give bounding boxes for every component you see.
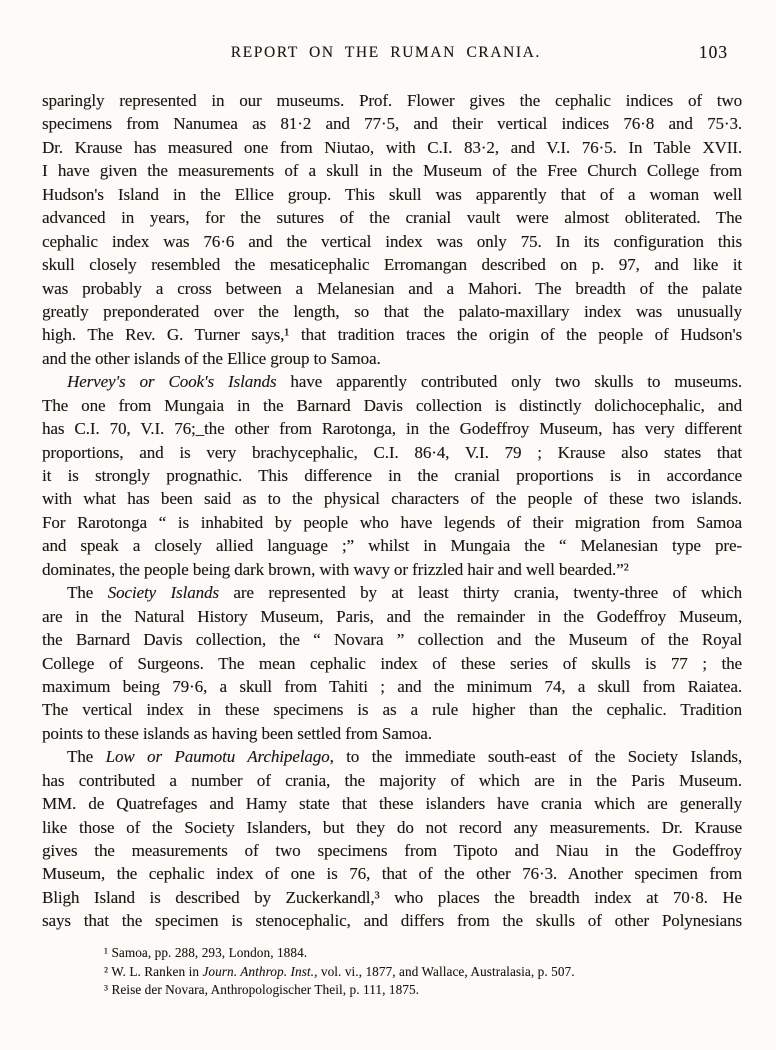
text-run: For Rarotonga “ is inhabited by people w… [42, 513, 742, 532]
text-run: was probably a cross between a Melanesia… [42, 279, 742, 298]
text-run: sparingly represented in our museums. Pr… [42, 91, 742, 110]
text-line: The one from Mungaia in the Barnard Davi… [42, 394, 742, 417]
text-line: it is strongly prognathic. This differen… [42, 464, 742, 487]
text-line: I have given the measurements of a skull… [42, 159, 742, 182]
text-run: ¹ Samoa, pp. 288, 293, London, 1884. [104, 945, 307, 960]
text-run: MM. de Quatrefages and Hamy state that t… [42, 794, 742, 813]
text-line: College of Surgeons. The mean cephalic i… [42, 652, 742, 675]
text-run: with what has been said as to the physic… [42, 489, 742, 508]
text-run: advanced in years, for the sutures of th… [42, 208, 742, 227]
running-title: REPORT ON THE RUMAN CRANIA. [231, 44, 541, 62]
footnote-line: ³ Reise der Novara, Anthropologischer Th… [104, 981, 734, 1000]
text-line: Hervey's or Cook's Islands have apparent… [42, 370, 742, 393]
text-line: The vertical index in these specimens is… [42, 698, 742, 721]
text-run: , vol. vi., 1877, and Wallace, Australas… [314, 964, 575, 979]
text-line: The Society Islands are represented by a… [42, 581, 742, 604]
text-line: says that the specimen is stenocephalic,… [42, 909, 742, 932]
text-line: has contributed a number of crania, the … [42, 769, 742, 792]
text-run: gives the measurements of two specimens … [42, 841, 742, 860]
italic-run: Journ. Anthrop. Inst. [202, 964, 314, 979]
text-run: maximum being 79·6, a skull from Tahiti … [42, 677, 742, 696]
text-run: has contributed a number of crania, the … [42, 771, 742, 790]
text-run: Bligh Island is described by Zuckerkandl… [42, 888, 742, 907]
text-run: like those of the Society Islanders, but… [42, 818, 742, 837]
text-line: Museum, the cephalic index of one is 76,… [42, 862, 742, 885]
text-line: the Barnard Davis collection, the “ Nova… [42, 628, 742, 651]
text-line: dominates, the people being dark brown, … [42, 558, 742, 581]
scanned-book-page: REPORT ON THE RUMAN CRANIA. 103 sparingl… [0, 0, 776, 1050]
text-line: with what has been said as to the physic… [42, 487, 742, 510]
italic-run: Low or Paumotu Archipelago [106, 747, 330, 766]
text-line: greatly preponderated over the length, s… [42, 300, 742, 323]
footnote-line: ¹ Samoa, pp. 288, 293, London, 1884. [104, 944, 734, 963]
footnote-line: ² W. L. Ranken in Journ. Anthrop. Inst.,… [104, 963, 734, 982]
text-run: The vertical index in these specimens is… [42, 700, 742, 719]
italic-run: Society Islands [108, 583, 219, 602]
text-run: it is strongly prognathic. This differen… [42, 466, 742, 485]
text-run: and the other islands of the Ellice grou… [42, 349, 381, 368]
text-line: skull closely resembled the mesaticephal… [42, 253, 742, 276]
text-run: ³ Reise der Novara, Anthropologischer Th… [104, 982, 419, 997]
text-run: Dr. Krause has measured one from Niutao,… [42, 138, 742, 157]
page-number: 103 [699, 42, 728, 63]
text-line: specimens from Nanumea as 81·2 and 77·5,… [42, 112, 742, 135]
text-run: skull closely resembled the mesaticephal… [42, 255, 742, 274]
footnotes: ¹ Samoa, pp. 288, 293, London, 1884.² W.… [104, 944, 734, 1000]
text-line: advanced in years, for the sutures of th… [42, 206, 742, 229]
text-line: and the other islands of the Ellice grou… [42, 347, 742, 370]
text-run: College of Surgeons. The mean cephalic i… [42, 654, 742, 673]
body-text: sparingly represented in our museums. Pr… [42, 89, 742, 933]
text-line: cephalic index was 76·6 and the vertical… [42, 230, 742, 253]
text-run: are in the Natural History Museum, Paris… [42, 607, 742, 626]
text-run: dominates, the people being dark brown, … [42, 560, 629, 579]
text-line: sparingly represented in our museums. Pr… [42, 89, 742, 112]
text-run: proportions, and is very brachycephalic,… [42, 443, 742, 462]
text-run: says that the specimen is stenocephalic,… [42, 911, 742, 930]
text-line: Hudson's Island in the Ellice group. Thi… [42, 183, 742, 206]
text-run: the Barnard Davis collection, the “ Nova… [42, 630, 742, 649]
text-line: Dr. Krause has measured one from Niutao,… [42, 136, 742, 159]
text-run: greatly preponderated over the length, s… [42, 302, 742, 321]
text-run: cephalic index was 76·6 and the vertical… [42, 232, 742, 251]
text-line: gives the measurements of two specimens … [42, 839, 742, 862]
text-run: has C.I. 70, V.I. 76;_the other from Rar… [42, 419, 742, 438]
text-run: have apparently contributed only two sku… [276, 372, 742, 391]
text-line: high. The Rev. G. Turner says,¹ that tra… [42, 323, 742, 346]
text-run: The [67, 747, 106, 766]
text-line: maximum being 79·6, a skull from Tahiti … [42, 675, 742, 698]
text-line: and speak a closely allied language ;” w… [42, 534, 742, 557]
text-line: For Rarotonga “ is inhabited by people w… [42, 511, 742, 534]
text-run: and speak a closely allied language ;” w… [42, 536, 742, 555]
text-run: specimens from Nanumea as 81·2 and 77·5,… [42, 114, 742, 133]
text-run: high. The Rev. G. Turner says,¹ that tra… [42, 325, 742, 344]
text-run: I have given the measurements of a skull… [42, 161, 742, 180]
text-run: , to the immediate south-east of the Soc… [330, 747, 742, 766]
text-line: Bligh Island is described by Zuckerkandl… [42, 886, 742, 909]
text-line: was probably a cross between a Melanesia… [42, 277, 742, 300]
text-line: proportions, and is very brachycephalic,… [42, 441, 742, 464]
text-line: points to these islands as having been s… [42, 722, 742, 745]
text-line: like those of the Society Islanders, but… [42, 816, 742, 839]
text-line: are in the Natural History Museum, Paris… [42, 605, 742, 628]
text-run: Hudson's Island in the Ellice group. Thi… [42, 185, 742, 204]
text-line: MM. de Quatrefages and Hamy state that t… [42, 792, 742, 815]
text-run: are represented by at least thirty crani… [219, 583, 742, 602]
text-run: The [67, 583, 108, 602]
page-header: REPORT ON THE RUMAN CRANIA. 103 [42, 44, 742, 68]
italic-run: Hervey's or Cook's Islands [67, 372, 276, 391]
text-run: points to these islands as having been s… [42, 724, 432, 743]
text-run: Museum, the cephalic index of one is 76,… [42, 864, 742, 883]
text-line: has C.I. 70, V.I. 76;_the other from Rar… [42, 417, 742, 440]
text-run: ² W. L. Ranken in [104, 964, 202, 979]
text-run: The one from Mungaia in the Barnard Davi… [42, 396, 742, 415]
text-line: The Low or Paumotu Archipelago, to the i… [42, 745, 742, 768]
